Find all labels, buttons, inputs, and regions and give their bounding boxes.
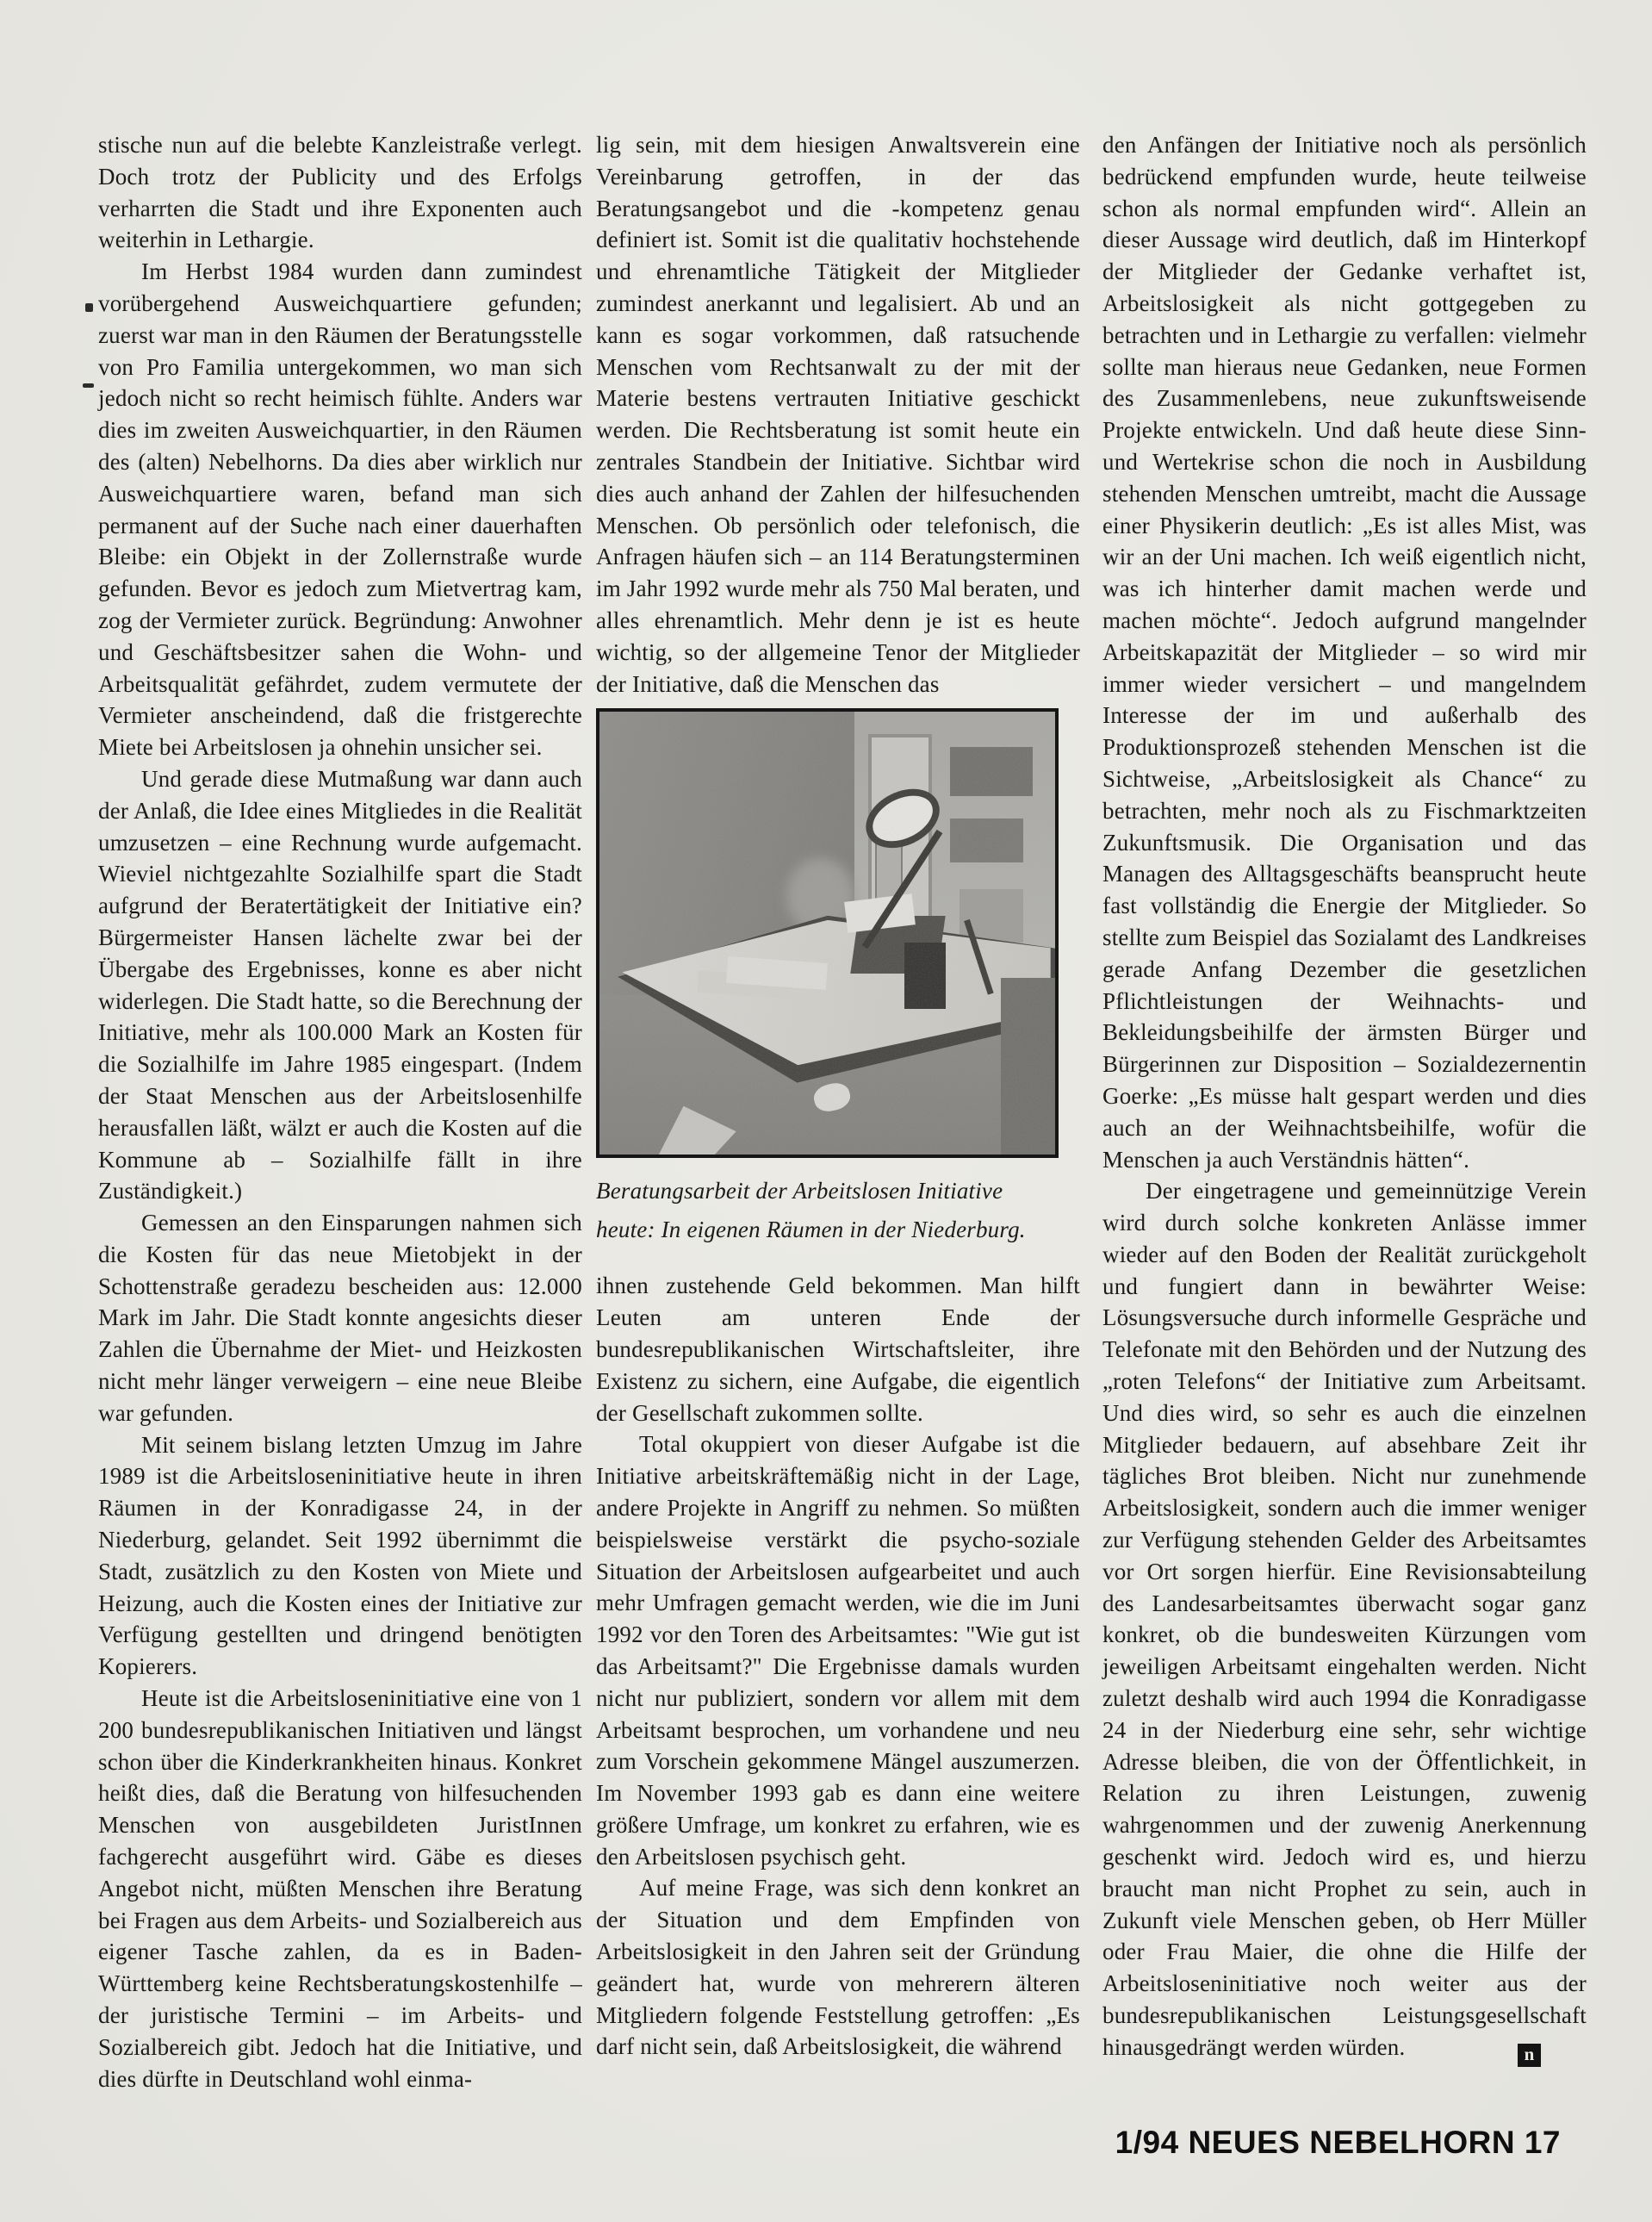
- photo-caption-line: Beratungsarbeit der Arbeitslosen Initiat…: [596, 1172, 1080, 1211]
- paragraph: den Anfängen der Initiative noch als per…: [1102, 129, 1587, 1175]
- photo-grain-overlay: [599, 712, 1055, 1155]
- photo-consultation-desk: [596, 708, 1059, 1158]
- page-footer: 1/94 NEUES NEBELHORN 17: [861, 2125, 1561, 2161]
- paragraph: stische nun auf die belebte Kanzleistraß…: [98, 129, 582, 256]
- paragraph: Auf meine Frage, was sich denn konkret a…: [596, 1872, 1080, 2063]
- paragraph: Total okuppiert von dieser Aufgabe ist d…: [596, 1428, 1080, 1872]
- paragraph: Mit seinem bislang letzten Umzug im Jahr…: [98, 1429, 582, 1683]
- paragraph: Der eingetragene und gemeinnützige Verei…: [1102, 1175, 1587, 2063]
- scan-artifact: [85, 303, 93, 312]
- paragraph: Und gerade diese Mutmaßung war dann auch…: [98, 763, 582, 1207]
- text-column-2: lig sein, mit dem hiesigen Anwaltsverein…: [596, 129, 1080, 2063]
- paragraph: Im Herbst 1984 wurden dann zumindest vor…: [98, 256, 582, 763]
- photo-caption: Beratungsarbeit der Arbeitslosen Initiat…: [596, 1172, 1080, 1249]
- paragraph: Heute ist die Arbeitsloseninitiative ein…: [98, 1683, 582, 2094]
- text-column-3: den Anfängen der Initiative noch als per…: [1102, 129, 1587, 2063]
- photo-caption-line: heute: In eigenen Räumen in der Niederbu…: [596, 1211, 1080, 1249]
- paragraph: Gemessen an den Einsparungen nahmen sich…: [98, 1207, 582, 1429]
- text-column-1: stische nun auf die belebte Kanzleistraß…: [98, 129, 582, 2094]
- scanned-magazine-page: stische nun auf die belebte Kanzleistraß…: [0, 0, 1652, 2222]
- scan-artifact: [83, 383, 94, 388]
- paragraph: ihnen zustehende Geld bekommen. Man hilf…: [596, 1270, 1080, 1428]
- end-mark-icon: n: [1518, 2044, 1541, 2067]
- paragraph: lig sein, mit dem hiesigen Anwaltsverein…: [596, 129, 1080, 700]
